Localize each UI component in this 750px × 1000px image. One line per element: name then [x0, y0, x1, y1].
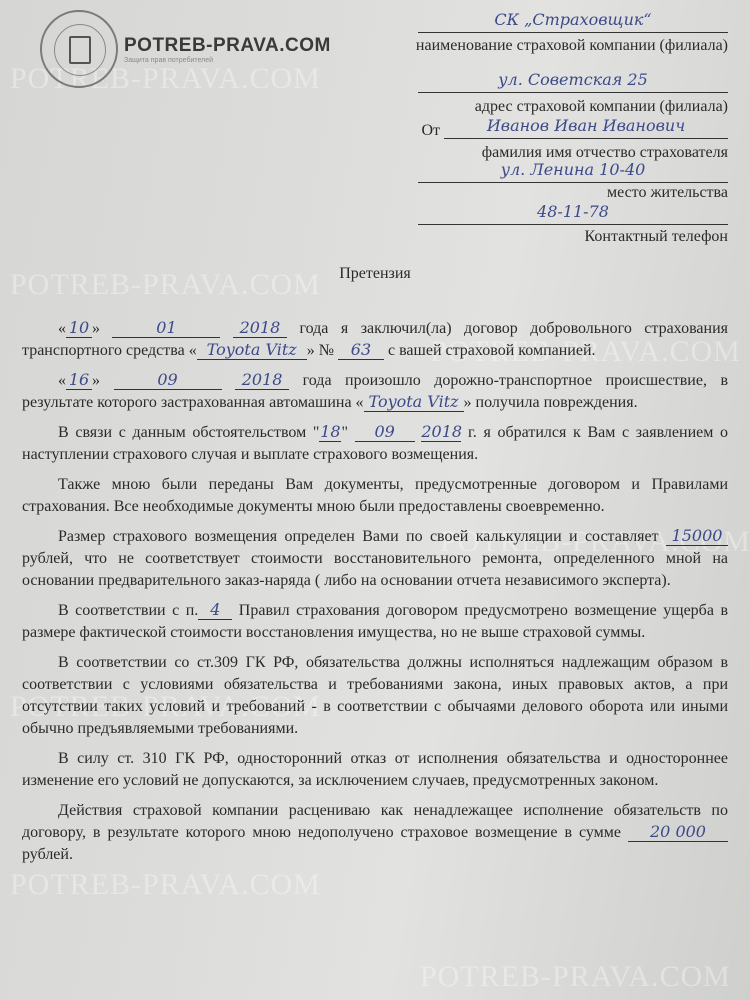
application-month: 09 [355, 423, 415, 442]
contract-day: 10 [66, 319, 92, 338]
accident-car: Toyota Vitz [364, 393, 464, 412]
paragraph-documents: Также мною были переданы Вам документы, … [22, 474, 728, 518]
accident-month: 09 [114, 371, 222, 390]
paragraph-accident: «16» 09 2018 года произошло дорожно-тран… [22, 370, 728, 414]
brand-tagline: Защита прав потребителей [124, 57, 331, 64]
watermark: POTREB-PRAVA.COM [420, 960, 731, 994]
company-address-field: ул. Советская 25 [418, 70, 728, 93]
phone-label: Контактный телефон [585, 228, 728, 246]
rules-clause: 4 [198, 601, 232, 620]
residence-field: ул. Ленина 10-40 [418, 160, 728, 183]
company-name-label: наименование страховой компании (филиала… [416, 37, 728, 55]
paragraph-conclusion: Действия страховой компании расцениваю к… [22, 800, 728, 866]
claim-body: «10» 01 2018 года я заключил(ла) договор… [22, 318, 728, 874]
site-logo: POTREB-PRAVA.COM Защита прав потребителе… [40, 10, 331, 88]
shopping-bag-icon [69, 36, 91, 64]
contract-month: 01 [112, 319, 220, 338]
seal-icon [40, 10, 118, 88]
phone-field: 48-11-78 [418, 202, 728, 225]
paragraph-article-309: В соответствии со ст.309 ГК РФ, обязател… [22, 652, 728, 740]
paragraph-amount: Размер страхового возмещения определен В… [22, 526, 728, 592]
brand-name: POTREB-PRAVA.COM [124, 35, 331, 57]
contract-car: Toyota Vitz [197, 341, 307, 360]
contract-year: 2018 [233, 319, 287, 338]
document-title: Претензия [0, 265, 750, 283]
from-prefix: От [421, 122, 440, 140]
residence-label: место жительства [607, 184, 728, 202]
paragraph-rules: В соответствии с п.4 Правил страхования … [22, 600, 728, 644]
paragraph-application: В связи с данным обстоятельством "18" 09… [22, 422, 728, 466]
paragraph-article-310: В силу ст. 310 ГК РФ, односторонний отка… [22, 748, 728, 792]
contract-number: 63 [338, 341, 384, 360]
accident-year: 2018 [235, 371, 289, 390]
application-year: 2018 [421, 423, 461, 442]
policyholder-name-field: Иванов Иван Иванович [444, 116, 728, 139]
accident-day: 16 [66, 371, 92, 390]
company-name-field: СК „Страховщик“ [418, 10, 728, 33]
paragraph-contract: «10» 01 2018 года я заключил(ла) договор… [22, 318, 728, 362]
calculated-amount: 15000 [666, 527, 728, 546]
company-address-label: адрес страховой компании (филиала) [475, 98, 728, 116]
application-day: 18 [319, 423, 341, 442]
shortfall-amount: 20 000 [628, 823, 728, 842]
